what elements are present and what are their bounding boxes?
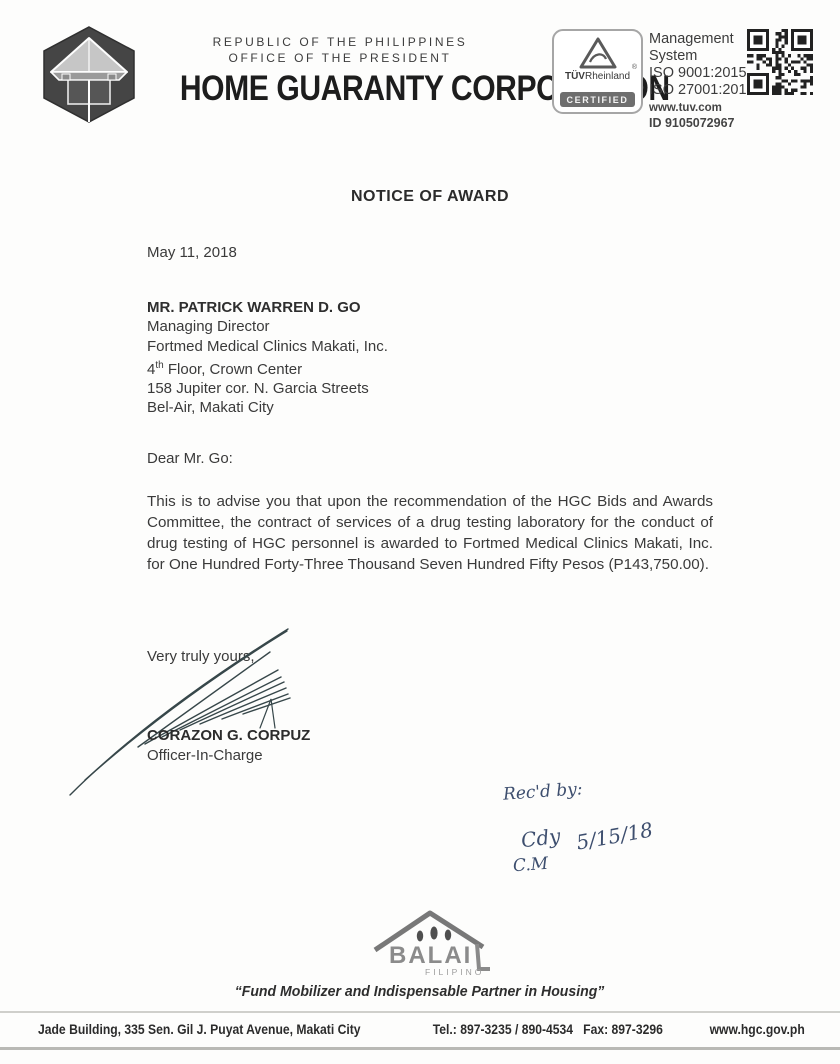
signer-name: CORAZON G. CORPUZ [147,726,310,746]
salutation: Dear Mr. Go: [147,450,233,467]
footer-divider-top [0,1011,840,1013]
balai-filipino-logo: BALAI FILIPINO [367,905,497,979]
signer-title: Officer-In-Charge [147,746,310,766]
letter-title: NOTICE OF AWARD [148,188,712,206]
corporate-tagline: “Fund Mobilizer and Indispensable Partne… [235,984,605,1000]
signer-block: CORAZON G. CORPUZ Officer-In-Charge [147,726,310,765]
recipient-address-line3: Bel-Air, Makati City [147,398,388,417]
recipient-address-line2: 158 Jupiter cor. N. Garcia Streets [147,379,388,398]
signature-scribble [55,605,305,805]
iso-line: Management [649,31,755,48]
recipient-block: MR. PATRICK WARREN D. GO Managing Direct… [147,298,388,418]
iso-line: System [649,48,755,65]
tuv-website: www.tuv.com [649,102,755,116]
handwritten-initials-1: Cdy [520,824,562,853]
handwritten-received-label: Rec'd by: [502,779,583,805]
recipient-job-title: Managing Director [147,317,388,336]
footer-address: Jade Building, 335 Sen. Gil J. Puyat Ave… [38,1022,361,1037]
footer-divider-bottom [0,1047,840,1050]
registered-mark: ® [632,64,637,71]
balai-wordmark: BALAI [389,942,472,969]
office-line: OFFICE OF THE PRESIDENT [140,50,540,66]
handwritten-initials-2: C.M [512,854,549,876]
iso-certification-text: Management System ISO 9001:2015 ISO 2700… [649,31,755,131]
iso-line: ISO 9001:2015 [649,65,755,82]
letter-page: REPUBLIC OF THE PHILIPPINES OFFICE OF TH… [0,0,840,1064]
balai-sub-wordmark: FILIPINO [425,967,484,977]
letter-body-paragraph: This is to advise you that upon the reco… [147,491,713,575]
footer-tel-fax: Tel.: 897-3235 / 890-4534 Fax: 897-3296 [433,1022,663,1037]
letter-date: May 11, 2018 [147,244,237,261]
tuv-brand-label: TÜVRheinland ® [565,71,630,82]
iso-line: ISO 27001:2013 [649,82,755,99]
tuv-rheinland-badge: TÜVRheinland ® CERTIFIED [552,29,643,114]
letterhead-org-block: REPUBLIC OF THE PHILIPPINES OFFICE OF TH… [140,34,540,109]
republic-line: REPUBLIC OF THE PHILIPPINES [140,34,540,50]
tuv-cert-id: ID 9105072967 [649,116,755,131]
recipient-company: Fortmed Medical Clinics Makati, Inc. [147,337,388,356]
hgc-logo-icon [38,26,141,123]
footer-website: www.hgc.gov.ph [710,1022,805,1037]
tagline-row: “Fund Mobilizer and Indispensable Partne… [0,983,840,1001]
footer-contact-bar: Jade Building, 335 Sen. Gil J. Puyat Ave… [38,1022,805,1037]
recipient-address-line1: 4th Floor, Crown Center [147,356,388,379]
qr-code [745,29,815,95]
certified-band: CERTIFIED [560,92,635,107]
recipient-name: MR. PATRICK WARREN D. GO [147,298,388,317]
closing-phrase: Very truly yours, [147,648,255,665]
handwritten-date: 5/15/18 [575,817,655,854]
tuv-triangle-icon [578,36,618,70]
